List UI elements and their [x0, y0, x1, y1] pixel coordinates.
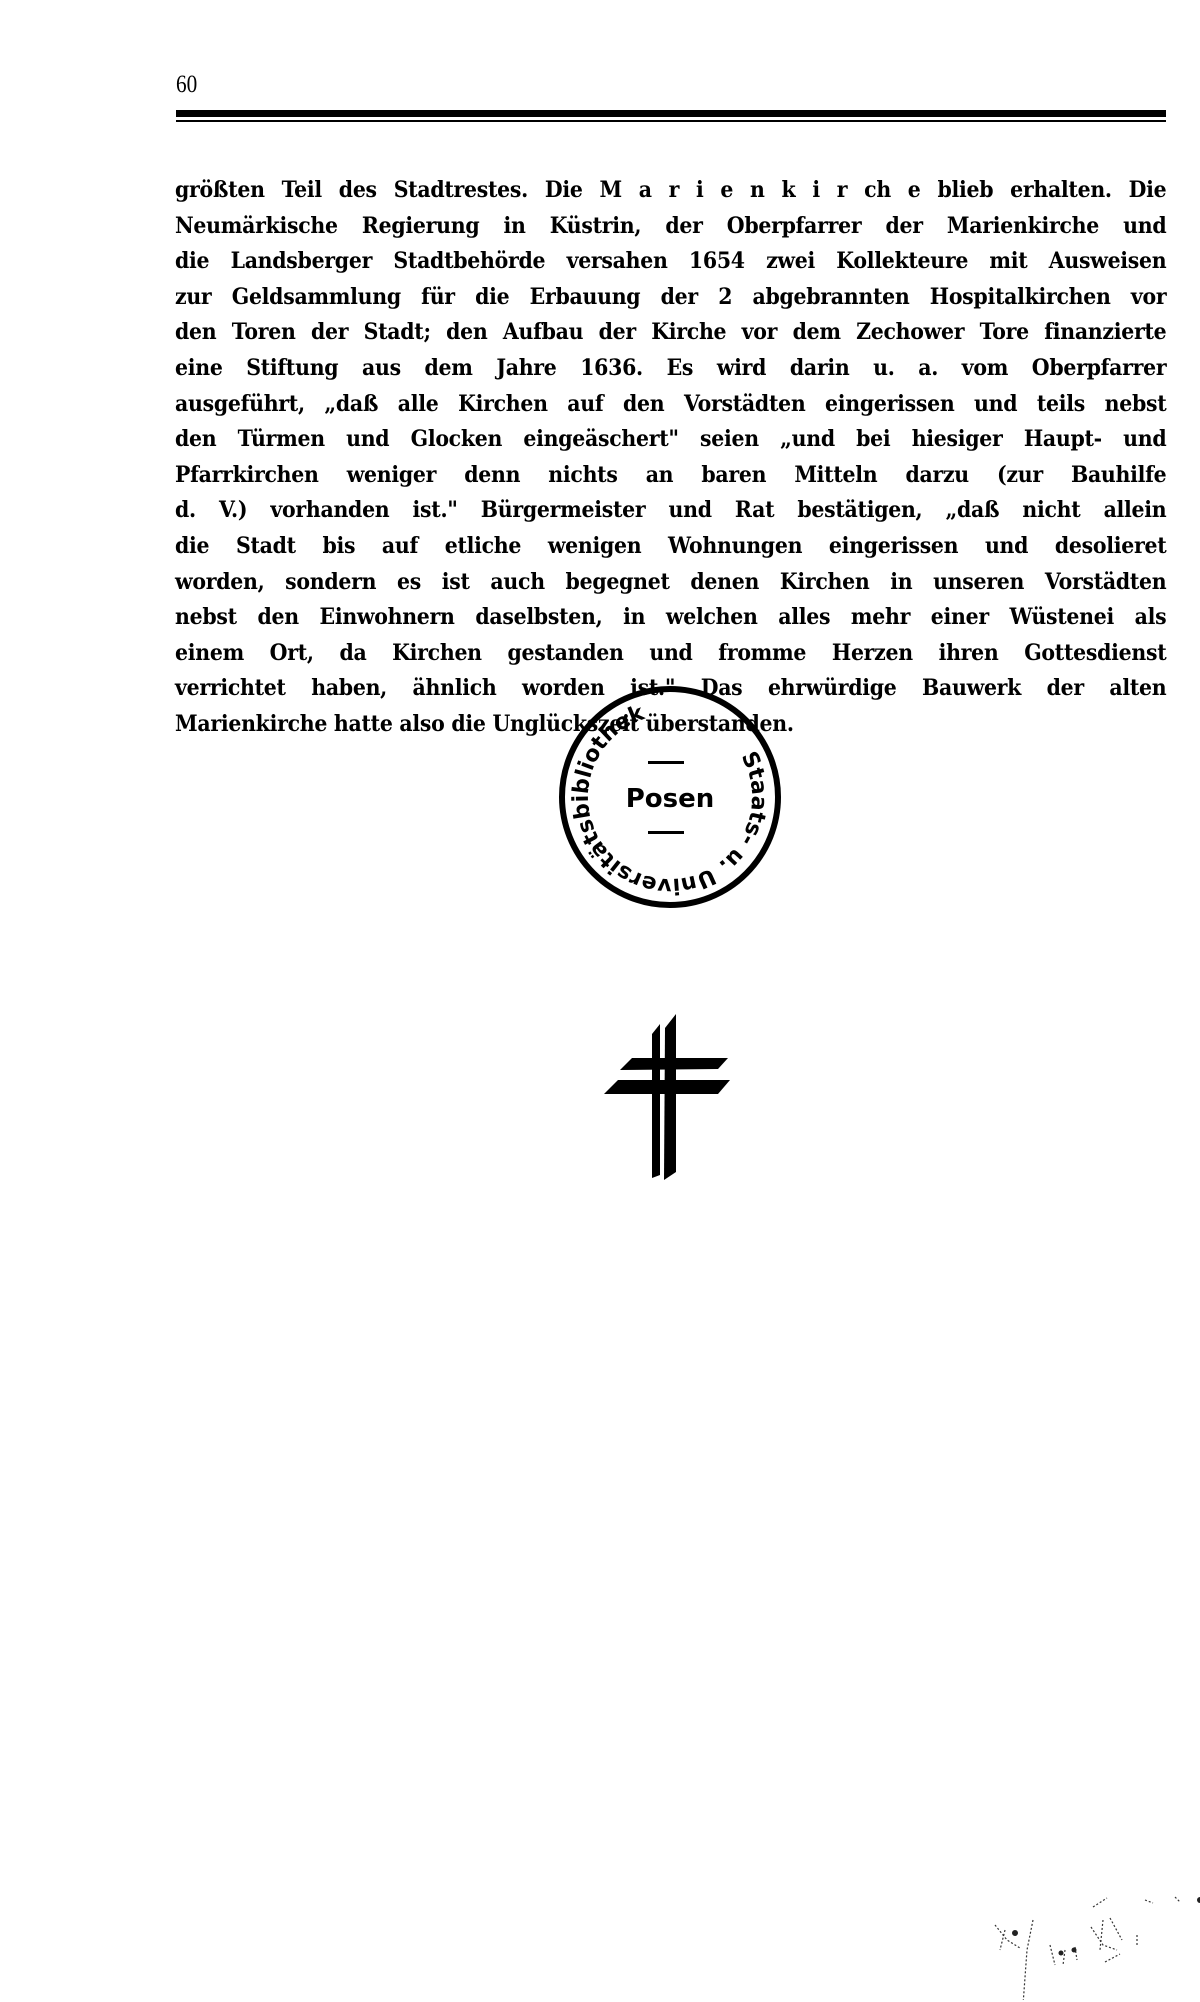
text-line: Pfarrkirchen weniger denn nichts an bare… — [175, 458, 1166, 494]
text-line: d. V.) vorhanden ist." Bürgermeister und… — [175, 493, 1166, 529]
double-cross-icon — [600, 1010, 740, 1180]
text-line: nebst den Einwohnern daselbsten, in welc… — [175, 600, 1166, 636]
text-line: zur Geldsammlung für die Erbauung der 2 … — [175, 280, 1166, 316]
page-number: 60 — [176, 72, 197, 98]
text-line: die Landsberger Stadtbehörde versahen 16… — [175, 244, 1166, 280]
body-paragraph: größten Teil des Stadtrestes. Die M a r … — [175, 173, 1166, 743]
header-rule-thin — [176, 120, 1166, 122]
text-line: worden, sondern es ist auch begegnet den… — [175, 565, 1166, 601]
library-stamp-icon: Staats- u. Universitätsbibliothek Posen — [556, 683, 784, 911]
text-line: einem Ort, da Kirchen gestanden und from… — [175, 636, 1166, 672]
text-line: ausgeführt, „daß alle Kirchen auf den Vo… — [175, 387, 1166, 423]
text-line: eine Stiftung aus dem Jahre 1636. Es wir… — [175, 351, 1166, 387]
text-line: den Toren der Stadt; den Aufbau der Kirc… — [175, 315, 1166, 351]
text-line: die Stadt bis auf etliche wenigen Wohnun… — [175, 529, 1166, 565]
pencil-marginalia — [975, 1800, 1200, 2000]
header-rule-thick — [176, 110, 1166, 117]
text-line: Neumärkische Regierung in Küstrin, der O… — [175, 209, 1166, 245]
text-line: den Türmen und Glocken eingeäschert" sei… — [175, 422, 1166, 458]
stamp-center-text: Posen — [626, 784, 715, 814]
text-line: größten Teil des Stadtrestes. Die M a r … — [175, 173, 1166, 209]
